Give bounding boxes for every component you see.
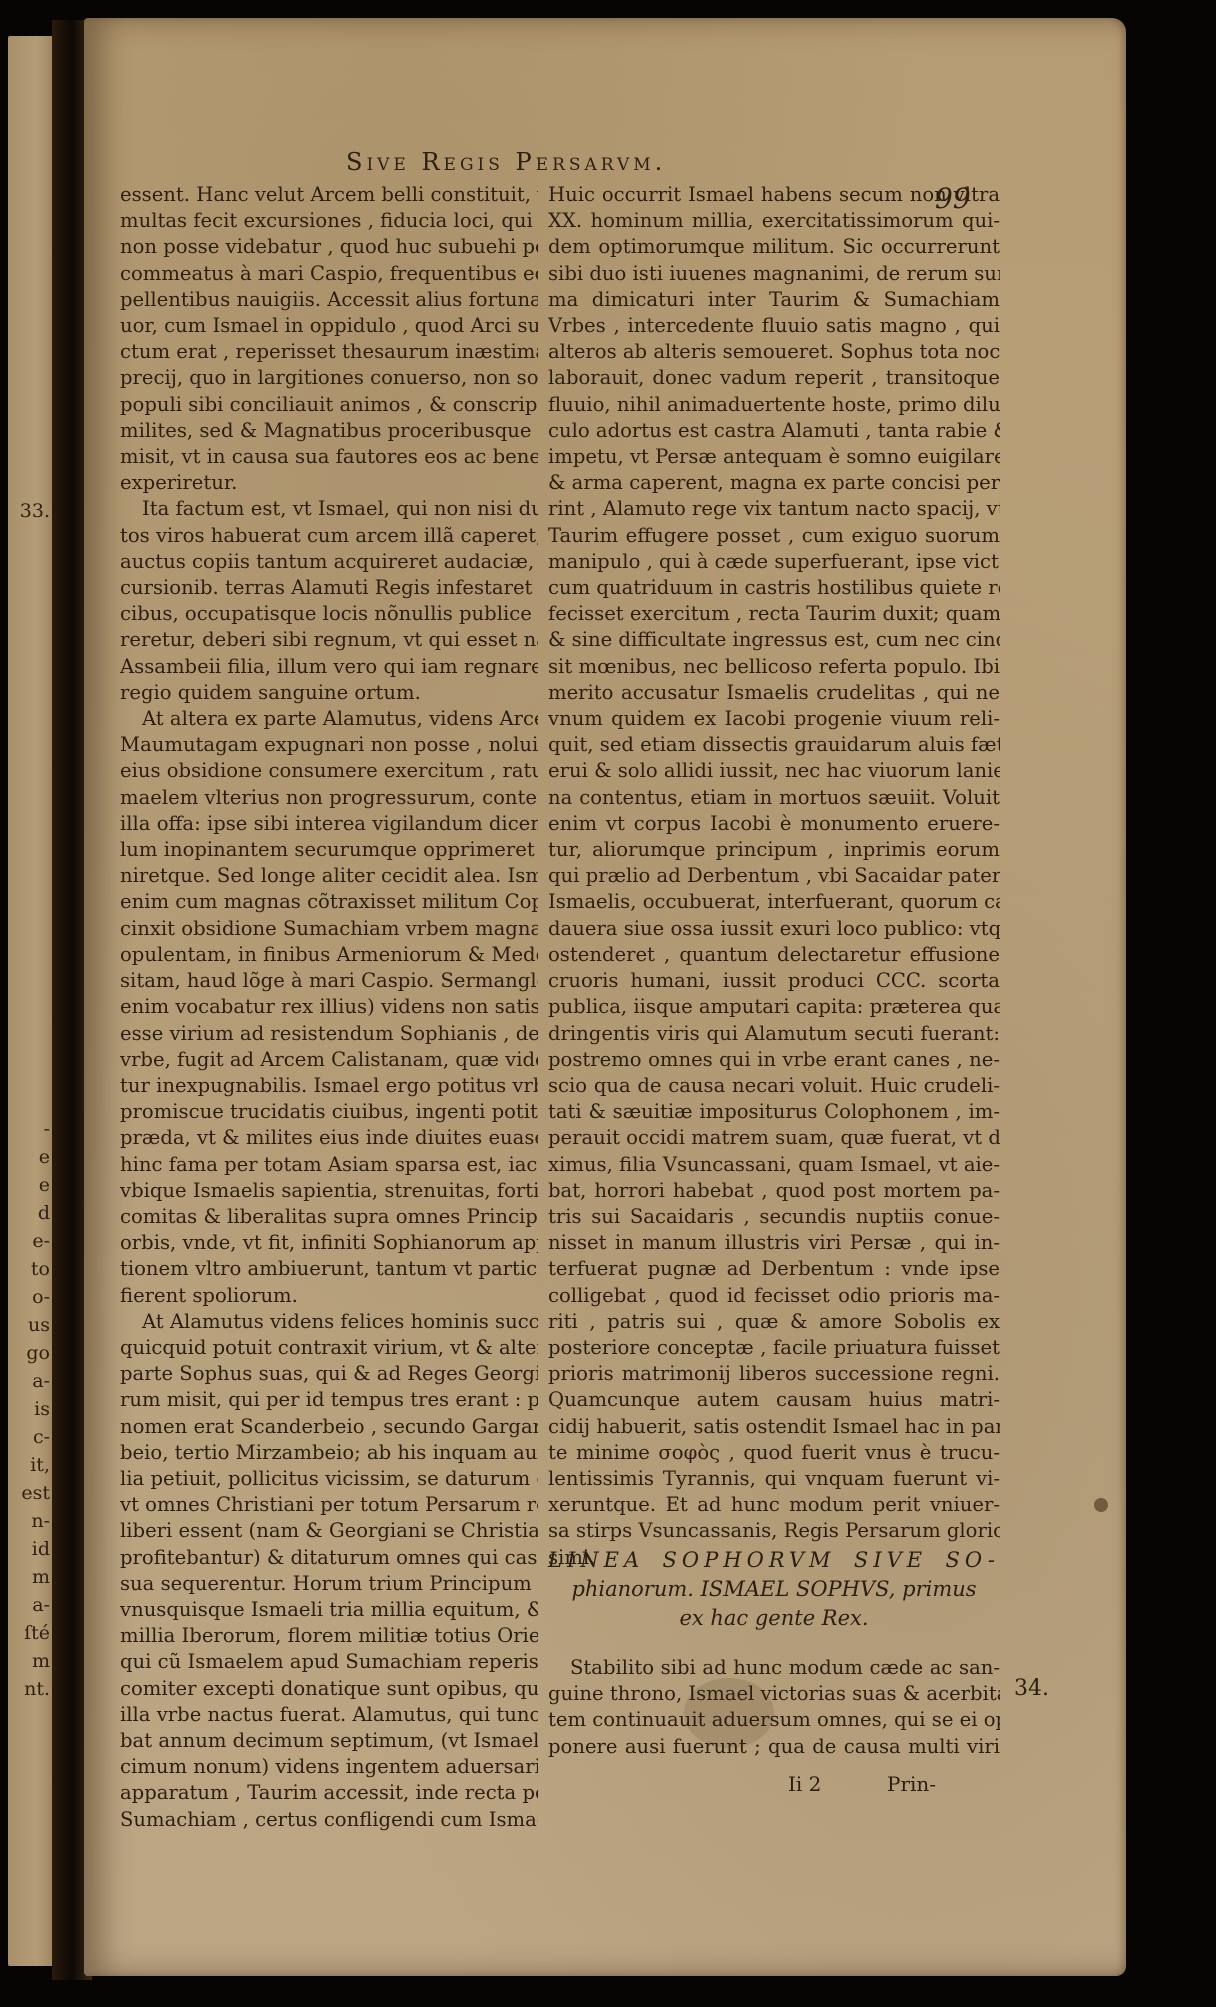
text-line: dauera siue ossa iussit exuri loco publi… — [548, 916, 1000, 942]
text-line: fecisset exercitum , recta Taurim duxit;… — [548, 601, 1000, 627]
text-line: qui cũ Ismaelem apud Sumachiam reperisse… — [120, 1649, 538, 1675]
text-line: enim cum magnas cõtraxisset militum Copi… — [120, 889, 538, 915]
right-marginal-number: 34. — [1014, 1676, 1049, 1701]
text-line: tem continuauit aduersum omnes, qui se e… — [548, 1707, 1000, 1733]
text-line: posteriore conceptæ , facile priuatura f… — [548, 1335, 1000, 1361]
text-line: impetu, vt Persæ antequam è somno euigil… — [548, 444, 1000, 470]
prev-page-marginal-number: 33. — [10, 498, 50, 524]
text-line: ximus, filia Vsuncassani, quam Ismael, v… — [548, 1152, 1000, 1178]
text-line: cibus, occupatisque locis nõnullis publi… — [120, 601, 538, 627]
text-line: milites, sed & Magnatibus proceribusque … — [120, 418, 538, 444]
text-line: opulentam, in finibus Armeniorum & Medor… — [120, 942, 538, 968]
text-line: XX. hominum millia, exercitatissimorum q… — [548, 208, 1000, 234]
text-line: ctum erat , reperisset thesaurum inæstim… — [120, 339, 538, 365]
text-line: ma dimicaturi inter Taurim & Sumachiam — [548, 287, 1000, 313]
prev-page-fragment: e — [10, 1172, 50, 1198]
text-line: scio qua de causa necari voluit. Huic cr… — [548, 1073, 1000, 1099]
text-line: cum quatriduum in castris hostilibus qui… — [548, 575, 1000, 601]
prev-page-fragment: id — [10, 1536, 50, 1562]
text-line: præda, vt & milites eius inde diuites eu… — [120, 1125, 538, 1151]
text-line: te minime σοφὸς , quod fuerit vnus è tru… — [548, 1440, 1000, 1466]
text-line: pellentibus nauigiis. Accessit alius for… — [120, 287, 538, 313]
text-line: multas fecit excursiones , fiducia loci,… — [120, 208, 538, 234]
text-line: cinxit obsidione Sumachiam vrbem magnam … — [120, 916, 538, 942]
text-line: vt omnes Christiani per totum Persarum r… — [120, 1492, 538, 1518]
text-line: populi sibi conciliauit animos , & consc… — [120, 392, 538, 418]
text-line: tati & sæuitiæ impositurus Colophonem , … — [548, 1099, 1000, 1125]
text-line: nomen erat Scanderbeio , secundo Gargara… — [120, 1414, 538, 1440]
text-line: regio quidem sanguine ortum. — [120, 680, 538, 706]
text-line: parte Sophus suas, qui & ad Reges Georgi… — [120, 1361, 538, 1387]
text-line: dringentis viris qui Alamutum secuti fue… — [548, 1021, 1000, 1047]
text-line: At altera ex parte Alamutus, videns Arce… — [120, 706, 538, 732]
section-body-text: Stabilito sibi ad hunc modum cæde ac san… — [548, 1655, 1000, 1760]
text-line: lentissimis Tyrannis, qui vnquam fuerunt… — [548, 1466, 1000, 1492]
prev-page-fragment: it, — [10, 1452, 50, 1478]
text-line: Sumachiam , certus confligendi cum Ismae… — [120, 1807, 538, 1833]
text-line: cidij habuerit, satis ostendit Ismael ha… — [548, 1414, 1000, 1440]
prev-page-fragment: us — [10, 1312, 50, 1338]
text-line: experiretur. — [120, 470, 538, 496]
text-line: promiscue trucidatis ciuibus, ingenti po… — [120, 1099, 538, 1125]
text-line: prioris matrimonij liberos successione r… — [548, 1361, 1000, 1387]
text-line: enim vocabatur rex illius) videns non sa… — [120, 994, 538, 1020]
text-line: profitebantur) & ditaturum omnes qui cas… — [120, 1545, 538, 1571]
text-line: sitam, haud lõge à mari Caspio. Sermangl… — [120, 968, 538, 994]
text-line: manipulo , qui à cæde superfuerant, ipse… — [548, 549, 1000, 575]
text-line: colligebat , quod id fecisset odio prior… — [548, 1283, 1000, 1309]
text-line: liberi essent (nam & Georgiani se Christ… — [120, 1518, 538, 1544]
text-line: Maumutagam expugnari non posse , noluit … — [120, 732, 538, 758]
text-line: lum inopinantem securumque opprimeret pu… — [120, 837, 538, 863]
text-line: comitas & liberalitas supra omnes Princi… — [120, 1204, 538, 1230]
prev-page-fragment: to — [10, 1256, 50, 1282]
text-line: Assambeii filia, illum vero qui iam regn… — [120, 654, 538, 680]
text-line: quicquid potuit contraxit virium, vt & a… — [120, 1335, 538, 1361]
text-line: niretque. Sed longe aliter cecidit alea.… — [120, 863, 538, 889]
text-line: Quamcunque autem causam huius matri- — [548, 1387, 1000, 1413]
text-line: tionem vltro ambiuerunt, tantum vt parti… — [120, 1256, 538, 1282]
text-line: alteros ab alteris semoueret. Sophus tot… — [548, 339, 1000, 365]
section-heading-line-2: phianorum. ISMAEL SOPHVS, primus — [548, 1575, 1000, 1604]
text-line: Ismaelis, occubuerat, interfuerant, quor… — [548, 889, 1000, 915]
text-line: riti , patris sui , quæ & amore Sobolis … — [548, 1309, 1000, 1335]
left-text-column: essent. Hanc velut Arcem belli constitui… — [120, 182, 538, 1833]
text-line: rint , Alamuto rege vix tantum nacto spa… — [548, 496, 1000, 522]
prev-page-fragment: m — [10, 1648, 50, 1674]
text-line: guine throno, Ismael victorias suas & ac… — [548, 1681, 1000, 1707]
text-line: maelem vlterius non progressurum, conten… — [120, 785, 538, 811]
right-text-column: Huic occurrit Ismael habens secum non vl… — [548, 182, 1000, 1571]
text-line: comiter excepti donatique sunt opibus, q… — [120, 1676, 538, 1702]
text-line: & arma caperent, magna ex parte concisi … — [548, 470, 1000, 496]
prev-page-fragment: ſté — [10, 1620, 50, 1646]
text-line: enim vt corpus Iacobi è monumento eruere… — [548, 811, 1000, 837]
prev-page-fragment: n- — [10, 1508, 50, 1534]
text-line: nisset in manum illustris viri Persæ , q… — [548, 1230, 1000, 1256]
text-line: orbis, vnde, vt fit, infiniti Sophianoru… — [120, 1230, 538, 1256]
text-line: misit, vt in causa sua fautores eos ac b… — [120, 444, 538, 470]
text-line: terfuerat pugnæ ad Derbentum : vnde ipse — [548, 1256, 1000, 1282]
text-line: essent. Hanc velut Arcem belli constitui… — [120, 182, 538, 208]
text-line: auctus copiis tantum acquireret audaciæ,… — [120, 549, 538, 575]
text-line: merito accusatur Ismaelis crudelitas , q… — [548, 680, 1000, 706]
text-line: sua sequerentur. Horum trium Principum m… — [120, 1571, 538, 1597]
text-line: perauit occidi matrem suam, quæ fuerat, … — [548, 1125, 1000, 1151]
prev-page-fragment: o- — [10, 1284, 50, 1310]
text-line: lia petiuit, pollicitus vicissim, se dat… — [120, 1466, 538, 1492]
text-line: fierent spoliorum. — [120, 1283, 538, 1309]
text-line: xeruntque. Et ad hunc modum perit vniuer… — [548, 1492, 1000, 1518]
text-line: reretur, deberi sibi regnum, vt qui esse… — [120, 627, 538, 653]
prev-page-fragment: - — [10, 1116, 50, 1142]
text-line: At Alamutus videns felices hominis succe… — [120, 1309, 538, 1335]
text-line: quit, sed etiam dissectis grauidarum alu… — [548, 732, 1000, 758]
text-line: bat annum decimum septimum, (vt Ismael d… — [120, 1728, 538, 1754]
text-line: ostenderet , quantum delectaretur effusi… — [548, 942, 1000, 968]
prev-page-fragment: e — [10, 1144, 50, 1170]
text-line: illa vrbe nactus fuerat. Alamutus, qui t… — [120, 1702, 538, 1728]
text-line: vrbe, fugit ad Arcem Calistanam, quæ vid… — [120, 1047, 538, 1073]
text-line: commeatus à mari Caspio, frequentibus eo… — [120, 261, 538, 287]
text-line: dem optimorumque militum. Sic occurrerun… — [548, 234, 1000, 260]
prev-page-fragment: nt. — [10, 1676, 50, 1702]
text-line: tris sui Sacaidaris , secundis nuptiis c… — [548, 1204, 1000, 1230]
text-line: erui & solo allidi iussit, nec hac viuor… — [548, 758, 1000, 784]
text-line: eius obsidione consumere exercitum , rat… — [120, 758, 538, 784]
text-line: culo adortus est castra Alamuti , tanta … — [548, 418, 1000, 444]
text-line: millia Iberorum, florem militiæ totius O… — [120, 1623, 538, 1649]
text-line: sa stirps Vsuncassanis, Regis Persarum g… — [548, 1518, 1000, 1544]
catchword: Prin- — [887, 1772, 936, 1796]
prev-page-fragment: a- — [10, 1368, 50, 1394]
text-line: tur, aliorumque principum , inprimis eor… — [548, 837, 1000, 863]
paper-spot — [1094, 1498, 1108, 1512]
text-line: Ita factum est, vt Ismael, qui non nisi … — [120, 496, 538, 522]
section-heading-line-3: ex hac gente Rex. — [548, 1604, 1000, 1633]
text-line: ponere ausi fuerunt ; qua de causa multi… — [548, 1734, 1000, 1760]
text-line: tos viros habuerat cum arcem illã capere… — [120, 523, 538, 549]
text-line: vnum quidem ex Iacobi progenie viuum rel… — [548, 706, 1000, 732]
text-line: hinc fama per totam Asiam sparsa est, ia… — [120, 1152, 538, 1178]
text-line: rum misit, qui per id tempus tres erant … — [120, 1387, 538, 1413]
running-head: Sive Regis Persarvm. — [346, 148, 666, 176]
text-line: qui prælio ad Derbentum , vbi Sacaidar p… — [548, 863, 1000, 889]
text-line: non posse videbatur , quod huc subuehi p… — [120, 234, 538, 260]
text-line: apparatum , Taurim accessit, inde recta … — [120, 1780, 538, 1806]
text-line: & sine difficultate ingressus est, cum n… — [548, 627, 1000, 653]
text-line: bat, horrori habebat , quod post mortem … — [548, 1178, 1000, 1204]
text-line: Taurim effugere posset , cum exiguo suor… — [548, 523, 1000, 549]
text-line: cruoris humani, iussit produci CCC. scor… — [548, 968, 1000, 994]
text-line: illa offa: ipse sibi interea vigilandum … — [120, 811, 538, 837]
prev-page-fragment: c- — [10, 1424, 50, 1450]
text-line: sit mœnibus, nec bellicoso referta popul… — [548, 654, 1000, 680]
text-line: na contentus, etiam in mortuos sæuiit. V… — [548, 785, 1000, 811]
section-heading: LINEA SOPHORVM SIVE SO- phianorum. ISMAE… — [548, 1546, 1000, 1633]
text-line: cimum nonum) videns ingentem aduersarij … — [120, 1754, 538, 1780]
text-line: laborauit, donec vadum reperit , transit… — [548, 365, 1000, 391]
prev-page-fragment: e- — [10, 1228, 50, 1254]
prev-page-fragment: m — [10, 1564, 50, 1590]
signature-mark: Ii 2 — [788, 1772, 821, 1796]
text-line: precij, quo in largitiones conuerso, non… — [120, 365, 538, 391]
prev-page-fragment: d — [10, 1200, 50, 1226]
text-line: postremo omnes qui in vrbe erant canes ,… — [548, 1047, 1000, 1073]
prev-page-fragment: a- — [10, 1592, 50, 1618]
text-line: tur inexpugnabilis. Ismael ergo potitus … — [120, 1073, 538, 1099]
text-line: esse virium ad resistendum Sophianis , d… — [120, 1021, 538, 1047]
prev-page-fragment: go — [10, 1340, 50, 1366]
text-line: Stabilito sibi ad hunc modum cæde ac san… — [548, 1655, 1000, 1681]
text-line: vnusquisque Ismaeli tria millia equitum,… — [120, 1597, 538, 1623]
prev-page-fragment: is — [10, 1396, 50, 1422]
text-line: vbique Ismaelis sapientia, strenuitas, f… — [120, 1178, 538, 1204]
prev-page-fragment: est — [10, 1480, 50, 1506]
text-line: cursionib. terras Alamuti Regis infestar… — [120, 575, 538, 601]
text-line: fluuio, nihil animaduertente hoste, prim… — [548, 392, 1000, 418]
text-line: sibi duo isti iuuenes magnanimi, de reru… — [548, 261, 1000, 287]
text-line: publica, iisque amputari capita: prætere… — [548, 994, 1000, 1020]
section-heading-line-1: LINEA SOPHORVM SIVE SO- — [548, 1546, 1000, 1575]
text-line: beio, tertio Mirzambeio; ab his inquam a… — [120, 1440, 538, 1466]
text-line: Huic occurrit Ismael habens secum non vl… — [548, 182, 1000, 208]
text-line: Vrbes , intercedente fluuio satis magno … — [548, 313, 1000, 339]
text-line: uor, cum Ismael in oppidulo , quod Arci … — [120, 313, 538, 339]
